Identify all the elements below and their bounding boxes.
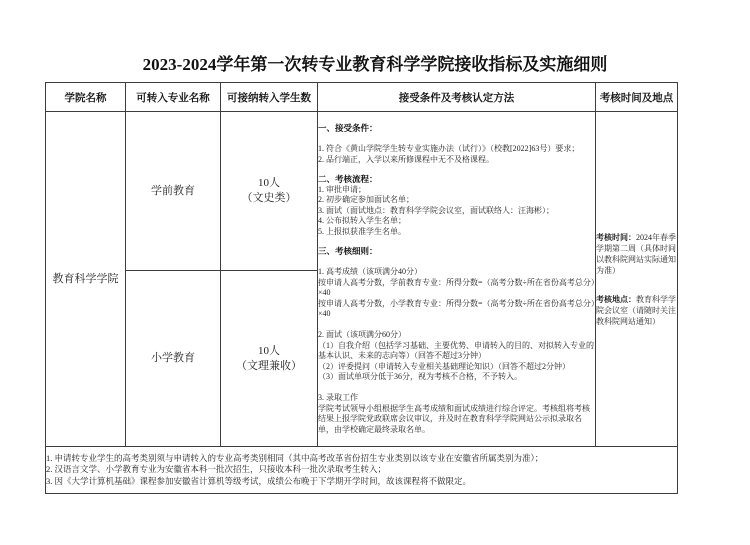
page-title: 2023-2024学年第一次转专业教育科学学院接收指标及实施细则	[0, 50, 750, 75]
section-heading: 一、接受条件：	[318, 123, 595, 134]
section-heading: 二、考核流程：	[318, 174, 595, 185]
schedule-cell: 考核时间：2024年春季学期第二周（具体时间以教科院网站实际通知为准） 考核地点…	[596, 112, 678, 447]
section-body: 1. 审批申请； 2. 初步确定参加面试名单； 3. 面试（面试地点：教育科学学…	[318, 185, 595, 238]
section-body: 1. 符合《黄山学院学生转专业实施办法（试行）》（校教[2022]63号）要求；…	[318, 134, 595, 166]
document-page: 2023-2024学年第一次转专业教育科学学院接收指标及实施细则 学院名称 可转…	[0, 0, 750, 545]
table-row: 教育科学学院 学前教育 10人 （文史类） 一、接受条件： 1. 符合《黄山学院…	[46, 112, 678, 271]
conditions-section-3: 三、考核细则： 1. 高考成绩（该项满分40分） 按申请人高考分数，学前教育专业…	[318, 246, 595, 435]
conditions-cell: 一、接受条件： 1. 符合《黄山学院学生转专业实施办法（试行）》（校教[2022…	[318, 112, 596, 447]
exam-location: 考核地点：教育科学学院会议室（请随时关注教科院网站通知）	[596, 294, 677, 327]
column-header-college: 学院名称	[46, 83, 126, 112]
college-name-cell: 教育科学学院	[46, 112, 126, 447]
table-header-row: 学院名称 可转入专业名称 可接纳转入学生数 接受条件及考核认定方法 考核时间及地…	[46, 83, 678, 112]
section-body: 1. 高考成绩（该项满分40分） 按申请人高考分数，学前教育专业：所得分数=（高…	[318, 257, 595, 436]
conditions-section-2: 二、考核流程： 1. 审批申请； 2. 初步确定参加面试名单； 3. 面试（面试…	[318, 174, 595, 237]
conditions-section-1: 一、接受条件： 1. 符合《黄山学院学生转专业实施办法（试行）》（校教[2022…	[318, 123, 595, 165]
quota-cell: 10人 （文史类）	[221, 112, 318, 271]
major-name-cell: 小学教育	[126, 271, 221, 447]
column-header-quota: 可接纳转入学生数	[221, 83, 318, 112]
column-header-schedule: 考核时间及地点	[596, 83, 678, 112]
notes-row: 1. 申请转专业学生的高考类别须与申请转入的专业高考类别相同（其中高考改革省份招…	[46, 447, 678, 494]
exam-location-label: 考核地点：	[596, 295, 636, 304]
section-heading: 三、考核细则：	[318, 246, 595, 257]
major-name-cell: 学前教育	[126, 112, 221, 271]
transfer-quota-table: 学院名称 可转入专业名称 可接纳转入学生数 接受条件及考核认定方法 考核时间及地…	[45, 82, 678, 494]
column-header-major: 可转入专业名称	[126, 83, 221, 112]
notes-cell: 1. 申请转专业学生的高考类别须与申请转入的专业高考类别相同（其中高考改革省份招…	[46, 447, 678, 494]
quota-cell: 10人 （文理兼收）	[221, 271, 318, 447]
column-header-conditions: 接受条件及考核认定方法	[318, 83, 596, 112]
exam-time-label: 考核时间：	[596, 233, 636, 242]
exam-time: 考核时间：2024年春季学期第二周（具体时间以教科院网站实际通知为准）	[596, 232, 677, 276]
